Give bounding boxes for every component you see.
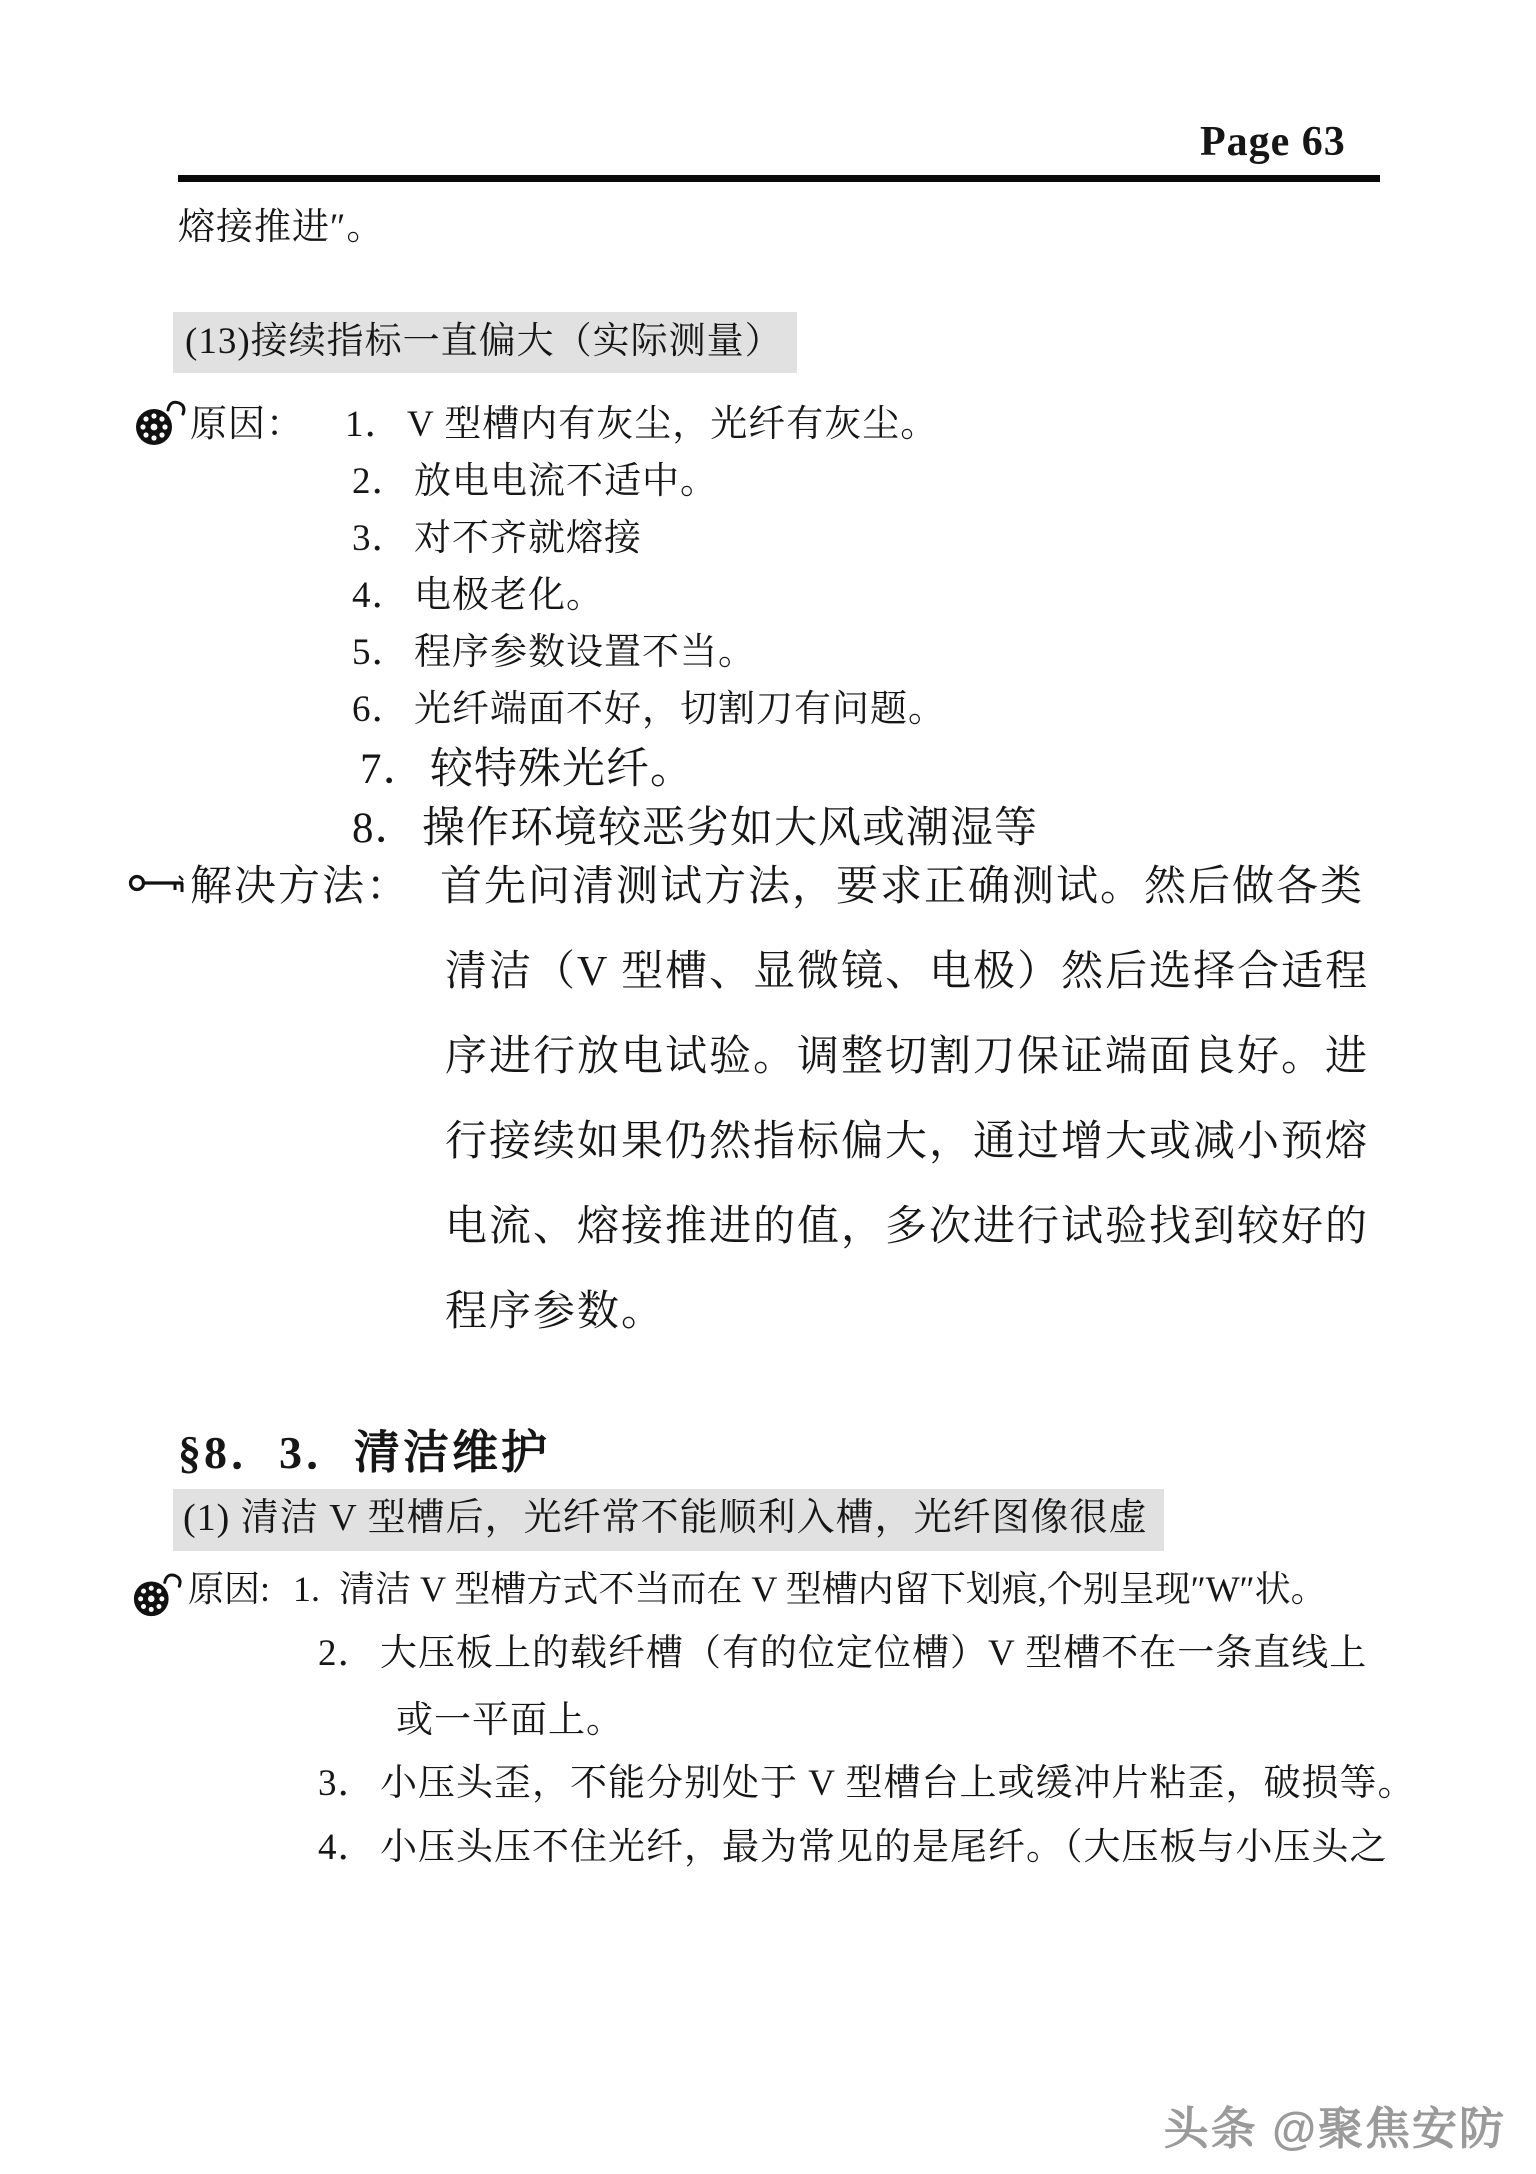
solution-label: 解决方法： [190, 853, 410, 913]
item-number: 4． [352, 564, 414, 618]
section-13-heading-bar: (13)接续指标一直偏大（实际测量） [173, 310, 797, 364]
item-text: 小压头歪，不能分别处于 V 型槽台上或缓冲片粘歪，破损等。 [380, 1763, 1416, 1804]
item-text: 光纤端面不好，切割刀有问题。 [414, 689, 946, 730]
dial-icon [131, 1567, 185, 1621]
item-number: 4． [318, 1816, 380, 1870]
item-text: 清洁 V 型槽方式不当而在 V 型槽内留下划痕,个别呈现″W″状。 [339, 1569, 1327, 1609]
item-number: 3． [352, 507, 414, 561]
item-text: V 型槽内有灰尘，光纤有灰尘。 [407, 404, 938, 445]
list-item: 6．光纤端面不好，切割刀有问题。 [352, 678, 946, 732]
list-item-continuation: 或一平面上。 [396, 1689, 624, 1743]
solution-line: 序进行放电试验。调整切割刀保证端面良好。进 [445, 1023, 1369, 1083]
item-text: 操作环境较恶劣如大风或潮湿等 [422, 805, 1038, 852]
watermark: 头条 @聚焦安防 [1164, 2092, 1506, 2157]
key-icon [128, 868, 188, 898]
item-number: 1. [293, 1569, 320, 1609]
item-number: 5． [352, 621, 414, 675]
cause-row: 原因: 1. 清洁 V 型槽方式不当而在 V 型槽内留下划痕,个别呈现″W″状。 [188, 1561, 1327, 1612]
item-text: 对不齐就熔接 [414, 518, 642, 559]
item-number: 7． [360, 735, 430, 796]
section-83-sub1-heading: (1) 清洁 V 型槽后，光纤常不能顺利入槽，光纤图像很虚 [173, 1489, 1164, 1551]
item-text: 程序参数设置不当。 [414, 632, 756, 673]
item-text: 较特殊光纤。 [430, 746, 694, 793]
item-number: 8． [352, 794, 422, 855]
list-item: 2．放电电流不适中。 [352, 450, 718, 504]
item-number: 2． [352, 450, 414, 504]
item-text: 小压头压不住光纤，最为常见的是尾纤。（大压板与小压头之 [380, 1827, 1388, 1868]
list-item: 8．操作环境较恶劣如大风或潮湿等 [352, 794, 1038, 855]
list-item: 5．程序参数设置不当。 [352, 621, 756, 675]
item-text: 放电电流不适中。 [414, 461, 718, 502]
list-item: 7．较特殊光纤。 [360, 735, 694, 796]
solution-line: 首先问清测试方法，要求正确测试。然后做各类 [440, 853, 1364, 913]
page-number: Page 63 [1200, 118, 1346, 166]
list-item: 2．大压板上的载纤槽（有的位定位槽）V 型槽不在一条直线上 [318, 1622, 1367, 1676]
list-item: 1．V 型槽内有灰尘，光纤有灰尘。 [345, 393, 938, 447]
item-text: 大压板上的载纤槽（有的位定位槽）V 型槽不在一条直线上 [380, 1633, 1367, 1674]
dial-icon [133, 394, 189, 450]
solution-line: 程序参数。 [445, 1278, 665, 1338]
cause-label: 原因： [190, 393, 304, 447]
list-item: 4．小压头压不住光纤，最为常见的是尾纤。（大压板与小压头之 [318, 1816, 1388, 1870]
item-number: 1． [345, 393, 407, 447]
cause-label: 原因: [188, 1569, 270, 1609]
item-text: 电极老化。 [414, 575, 604, 616]
header-rule [178, 175, 1380, 182]
list-item: 3．对不齐就熔接 [352, 507, 642, 561]
solution-line: 行接续如果仍然指标偏大，通过增大或减小预熔 [445, 1108, 1369, 1168]
list-item: 4．电极老化。 [352, 564, 604, 618]
intro-line: 熔接推进″。 [178, 196, 384, 250]
item-number: 3． [318, 1752, 380, 1806]
section-83-sub1-bar: (1) 清洁 V 型槽后，光纤常不能顺利入槽，光纤图像很虚 [173, 1486, 1164, 1541]
item-number: 2． [318, 1622, 380, 1676]
section-13-heading: (13)接续指标一直偏大（实际测量） [173, 312, 797, 373]
list-item: 3．小压头歪，不能分别处于 V 型槽台上或缓冲片粘歪，破损等。 [318, 1752, 1416, 1806]
item-number: 6． [352, 678, 414, 732]
solution-line: 清洁（V 型槽、显微镜、电极）然后选择合适程 [445, 938, 1369, 998]
section-83-heading: §8．3．清洁维护 [178, 1416, 550, 1482]
document-page: Page 63 熔接推进″。 (13)接续指标一直偏大（实际测量） 原因： 1 [0, 0, 1536, 2174]
solution-line: 电流、熔接推进的值，多次进行试验找到较好的 [445, 1193, 1369, 1253]
